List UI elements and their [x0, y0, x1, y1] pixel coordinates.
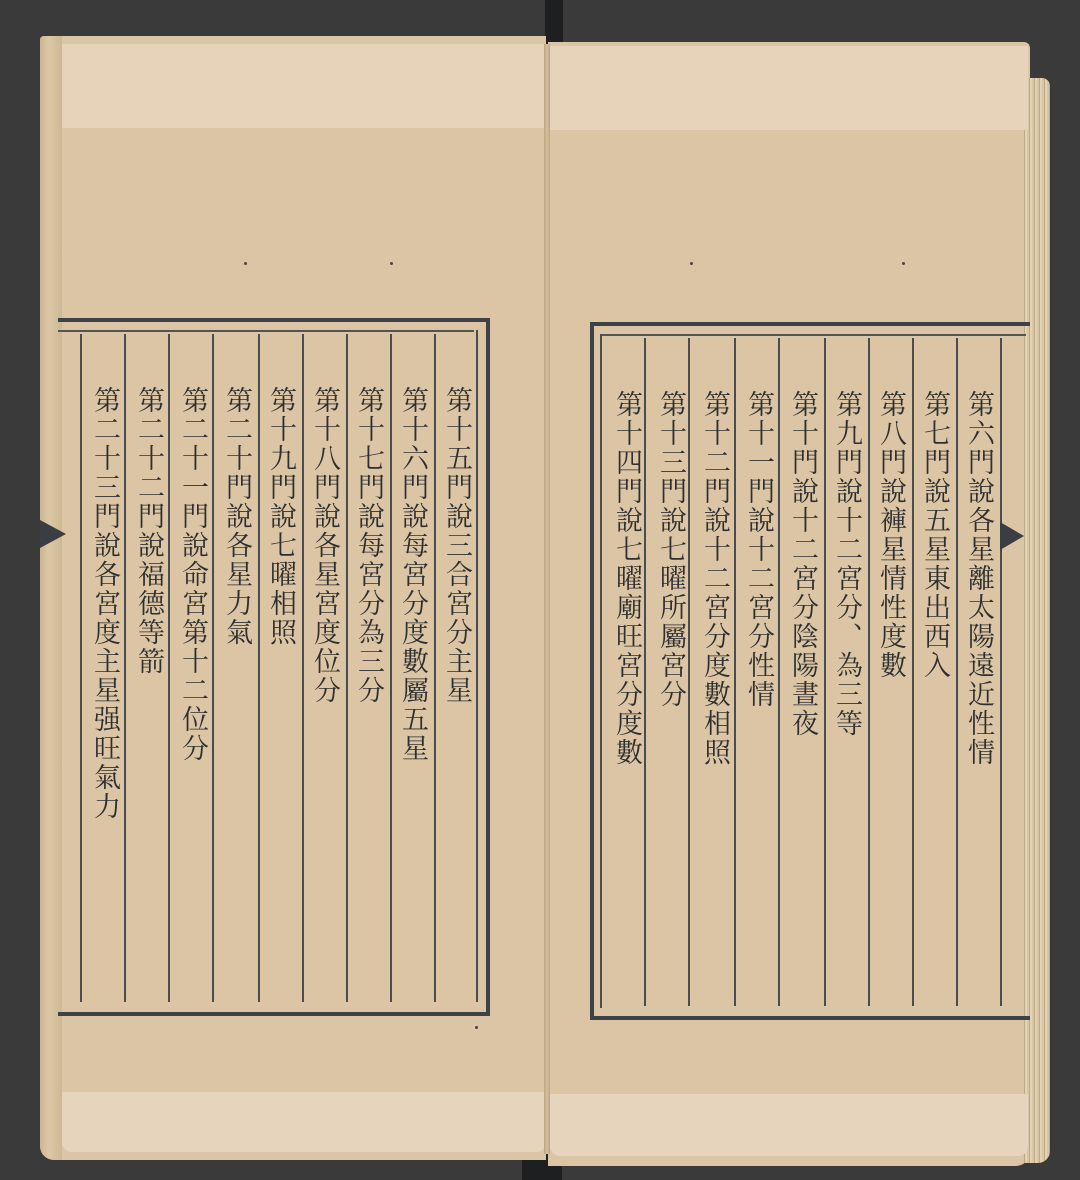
- paper-speck: [390, 262, 393, 265]
- fishtail-marker-icon: [1000, 522, 1024, 550]
- toc-entry-11: 第十一門說十二宮分性情: [736, 338, 780, 978]
- toc-entry-15: 第十五門說三合宮分主星: [434, 334, 478, 974]
- toc-entry-8: 第八門說褲星情性度數: [868, 338, 912, 978]
- column-rule: [1000, 338, 1002, 1006]
- toc-entry-22: 第二十二門說福德等箭: [126, 334, 170, 974]
- toc-entry-14: 第十四門說七曜廟旺宮分度數: [604, 338, 648, 978]
- toc-entry-20: 第二十門說各星力氣: [214, 334, 258, 974]
- fishtail-marker-icon: [40, 520, 66, 548]
- toc-entry-12: 第十二門說十二宮分度數相照: [692, 338, 736, 978]
- toc-entry-13: 第十三門說七曜所屬宮分: [648, 338, 692, 978]
- spine-shadow-top: [545, 0, 563, 44]
- left-frame-inner-line: [58, 330, 474, 332]
- toc-entry-17: 第十七門說每宮分為三分: [346, 334, 390, 974]
- right-frame-inner-line: [600, 334, 1026, 336]
- book-gutter: [544, 44, 550, 1154]
- right-page-top-margin: [550, 46, 1028, 130]
- paper-speck: [475, 1026, 478, 1029]
- toc-entry-9: 第九門說十二宮分、為三等: [824, 338, 868, 978]
- toc-entry-7: 第七門說五星東出西入: [912, 338, 956, 978]
- paper-speck: [902, 262, 905, 265]
- right-page-columns: 第六門說各星離太陽遠近性情 第七門說五星東出西入 第八門說褲星情性度數 第九門說…: [604, 338, 1000, 978]
- paper-speck: [244, 262, 247, 265]
- right-page-bottom-margin: [550, 1094, 1028, 1156]
- left-page-top-margin: [62, 44, 546, 128]
- toc-entry-18: 第十八門說各星宮度位分: [302, 334, 346, 974]
- toc-entry-16: 第十六門說每宮分度數屬五星: [390, 334, 434, 974]
- toc-entry-10: 第十門說十二宮分陰陽晝夜: [780, 338, 824, 978]
- paper-speck: [690, 262, 693, 265]
- toc-entry-6: 第六門說各星離太陽遠近性情: [956, 338, 1000, 978]
- toc-entry-21: 第二十一門說命宮第十二位分: [170, 334, 214, 974]
- left-page-columns: 第十五門說三合宮分主星 第十六門說每宮分度數屬五星 第十七門說每宮分為三分 第十…: [82, 334, 478, 974]
- left-page-bottom-margin: [62, 1092, 546, 1152]
- toc-entry-23: 第二十三門說各宮度主星强旺氣力: [82, 334, 126, 974]
- right-frame-inner-border: [600, 334, 602, 1008]
- open-book: 第十五門說三合宮分主星 第十六門說每宮分度數屬五星 第十七門說每宮分為三分 第十…: [0, 0, 1080, 1180]
- toc-entry-19: 第十九門說七曜相照: [258, 334, 302, 974]
